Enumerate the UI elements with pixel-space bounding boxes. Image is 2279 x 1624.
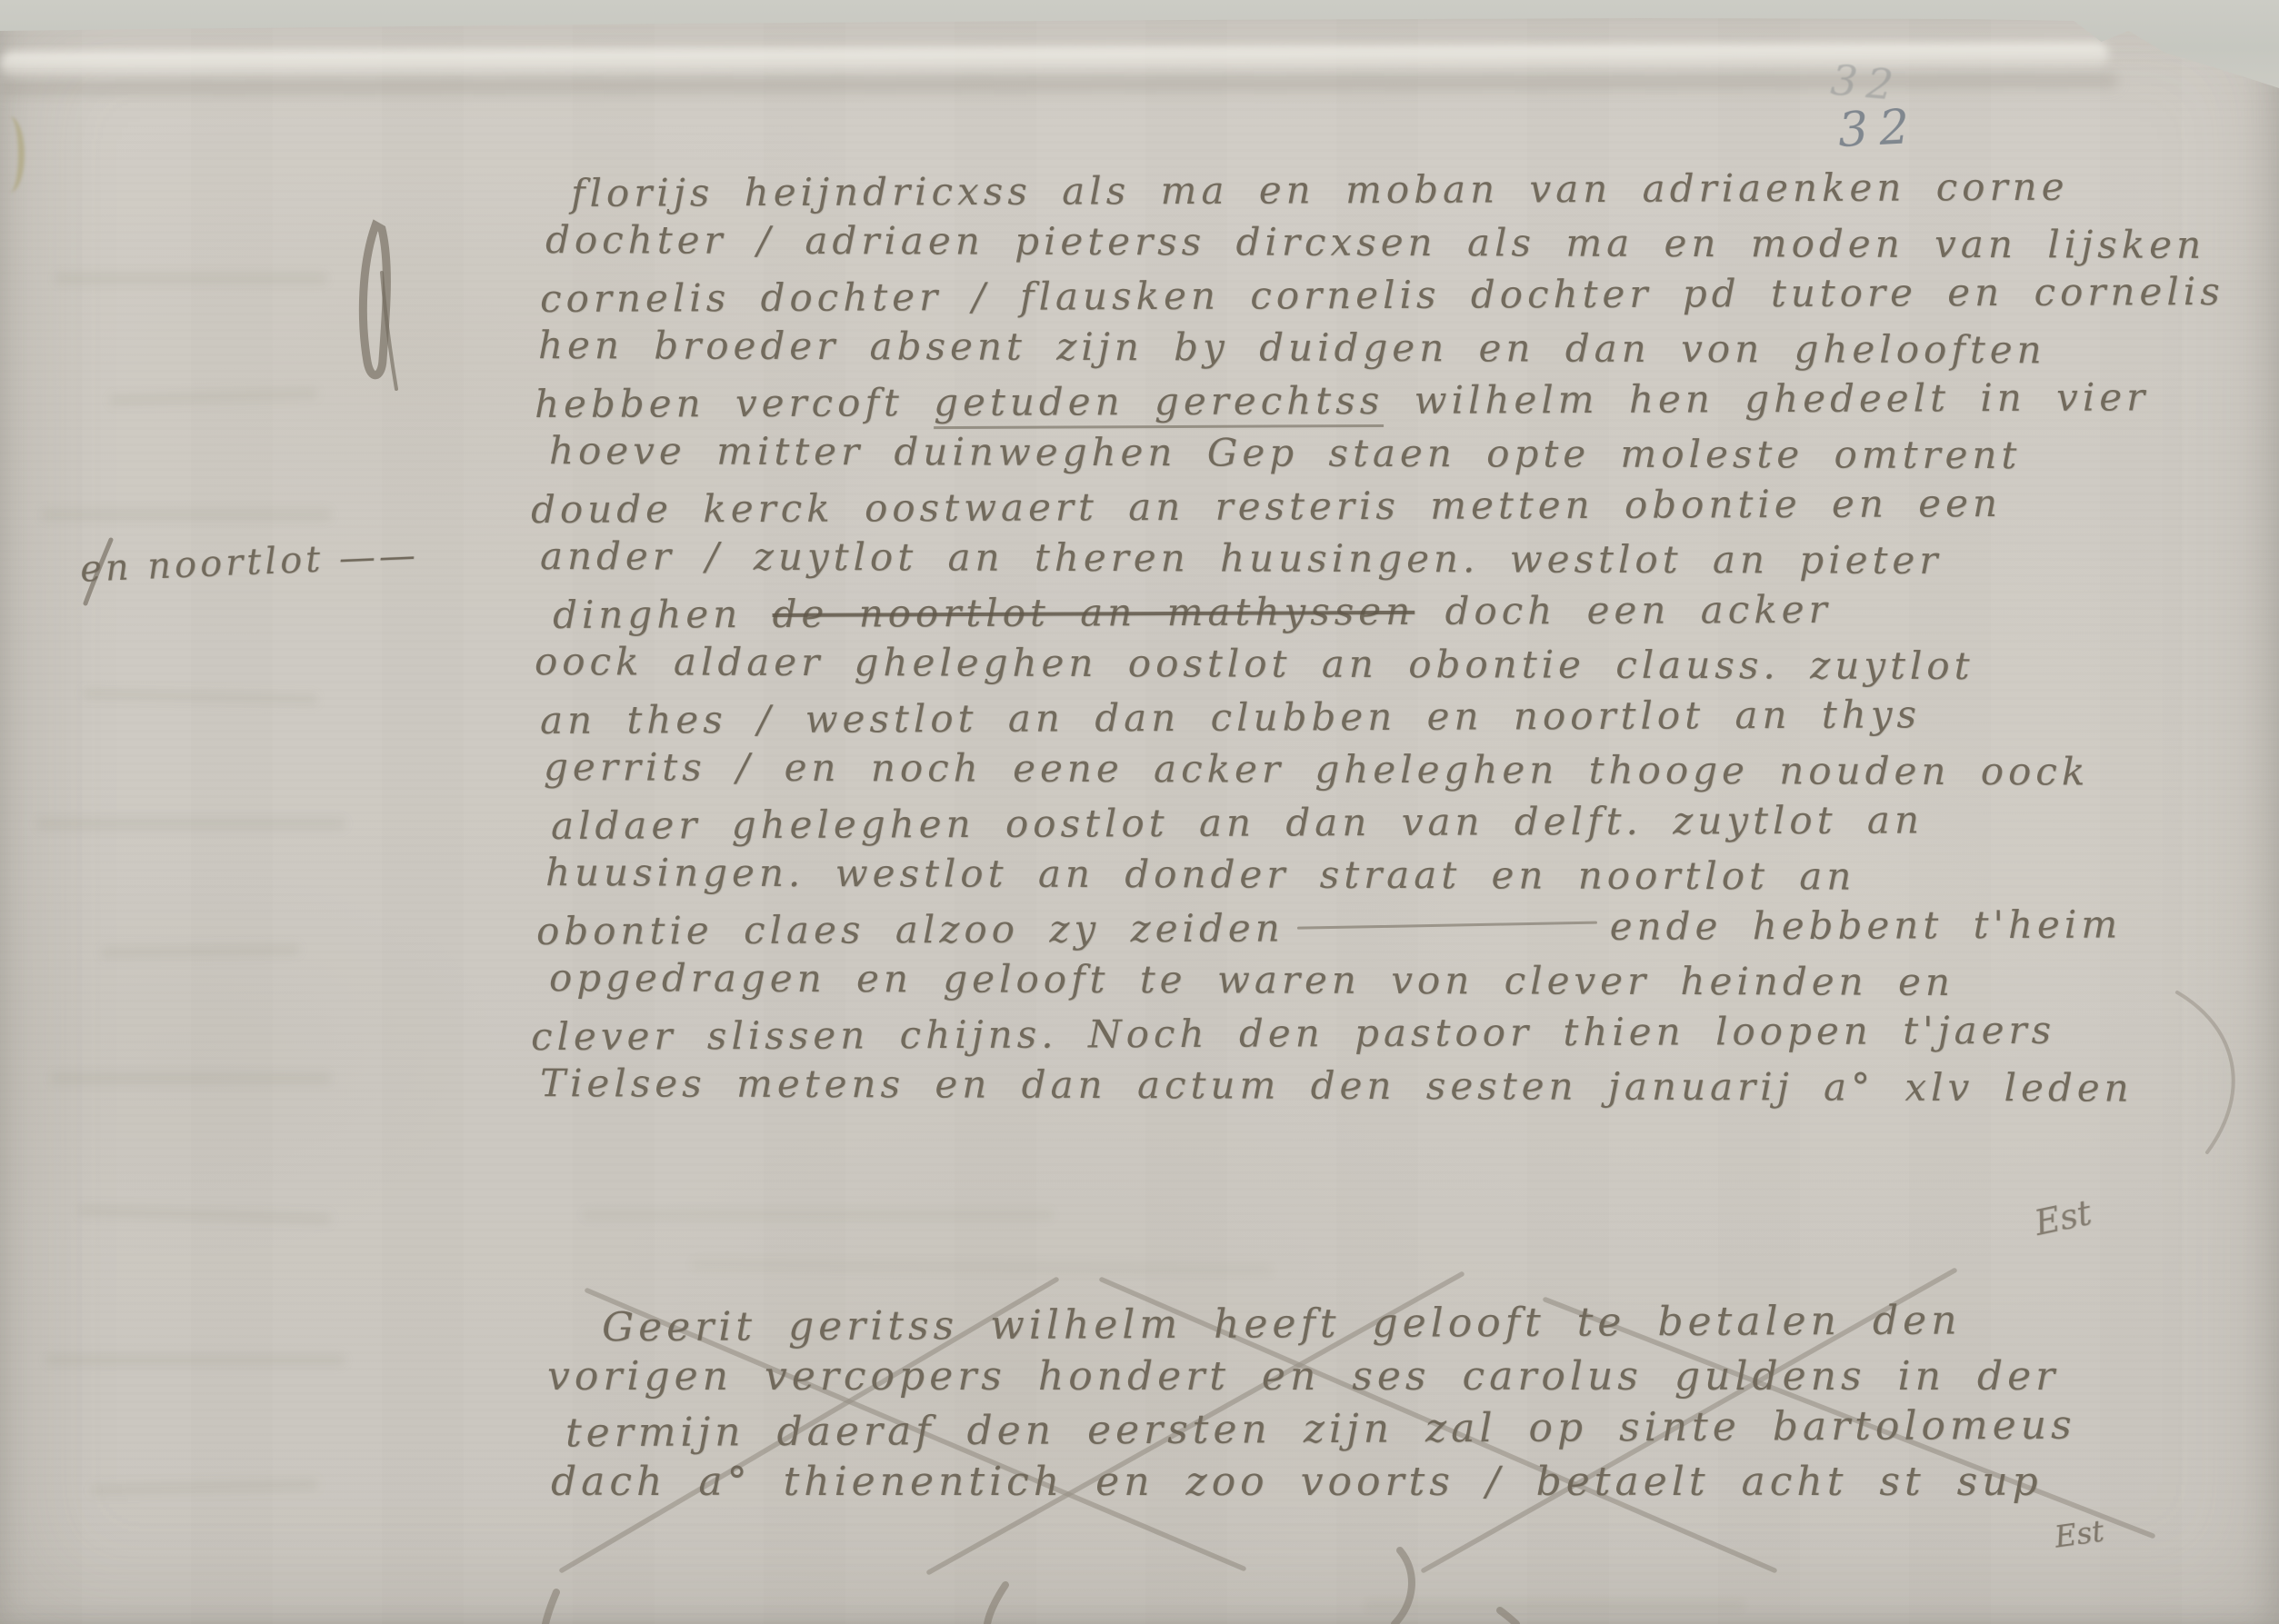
ghost-line: [36, 818, 345, 830]
deckle-edge-highlight: [0, 43, 2109, 75]
line-segment: doch een acker: [1414, 587, 1832, 633]
ghost-line: [100, 943, 300, 959]
line-segment: hebben vercoft: [535, 380, 934, 426]
manuscript-line: opgedragen en gelooft te waren von cleve…: [549, 951, 2224, 1010]
ghost-line: [91, 1479, 318, 1497]
second-entry-paragraph: Geerit geritss wilhelm heeft gelooft te …: [564, 1298, 2076, 1509]
line-segment: obontie claes alzoo zy zeiden: [536, 905, 1284, 953]
ghost-line: [41, 509, 332, 521]
ghost-line: [55, 273, 327, 284]
pen-dash: [1297, 921, 1597, 929]
manuscript-line: an thes / westlot an dan clubben en noor…: [540, 687, 2224, 747]
ghost-line: [691, 1259, 1273, 1277]
bottom-cutoff-strokes: [545, 1550, 1516, 1624]
manuscript-line: aldaer gheleghen oostlot an dan van delf…: [551, 792, 2224, 852]
struck-words: de noortlot an mathyssen: [772, 589, 1414, 636]
ghost-line: [77, 1204, 332, 1225]
ghost-line: [50, 1072, 332, 1084]
manuscript-line: clever slissen chijns. Noch den pastoor …: [531, 1003, 2224, 1063]
manuscript-line: doude kerck oostwaert an resteris metten…: [531, 476, 2224, 536]
est-mark-top: Est: [2031, 1192, 2094, 1243]
est-mark-bottom: Est: [2053, 1512, 2106, 1554]
manuscript-line: hebben vercoft getuden gerechtss wilhelm…: [535, 371, 2224, 431]
folio-number: 32: [1836, 100, 1921, 159]
manuscript-line: ander / zuytlot an theren huusingen. wes…: [540, 530, 2224, 588]
manuscript-line: hoeve mitter duinweghen Gep staen opte m…: [549, 424, 2224, 483]
manuscript-line: Tielses metens en dan actum den sesten j…: [540, 1057, 2224, 1115]
manuscript-line: termijn daeraf den eersten zijn zal op s…: [565, 1400, 2076, 1460]
fold-shadow: [0, 75, 2118, 95]
manuscript-scan: 32 32 en noortlot —— florijs heijndricxs…: [0, 0, 2279, 1624]
manuscript-line: vorigen vercopers hondert en ses carolus…: [547, 1350, 2076, 1403]
line-segment: dinghen: [553, 592, 773, 637]
ghost-line: [45, 1354, 345, 1366]
underlined-word: getuden gerechtss: [934, 378, 1384, 429]
manuscript-line: gerrits / en noch eene acker gheleghen t…: [544, 741, 2224, 799]
manuscript-line: dochter / adriaen pieterss dircxsen als …: [545, 214, 2224, 272]
manuscript-line: obontie claes alzoo zy zeidenende hebben…: [536, 898, 2224, 958]
margin-note: en noortlot ——: [79, 534, 420, 591]
manuscript-line: Geerit geritss wilhelm heeft gelooft te …: [602, 1294, 2076, 1354]
manuscript-line: oock aldaer gheleghen oostlot an obontie…: [535, 635, 2224, 693]
line-segment: ende hebbent t'heim: [1610, 902, 2123, 948]
stain-mark-left: [0, 116, 25, 193]
manuscript-line: cornelis dochter / flausken cornelis doc…: [540, 265, 2224, 325]
ghost-line: [582, 1209, 1055, 1220]
main-deed-paragraph: florijs heijndricxss als ma en moban van…: [545, 164, 2224, 1112]
ghost-line: [1364, 1599, 1745, 1611]
manuscript-line: florijs heijndricxss als ma en moban van…: [571, 160, 2224, 220]
line-segment: wilhelm hen ghedeelt in vier: [1384, 374, 2149, 423]
notarial-paraph-mark: [363, 225, 396, 389]
ghost-line: [82, 688, 318, 706]
manuscript-line: dach a° thienentich en zoo voorts / beta…: [551, 1456, 2076, 1509]
manuscript-line: hen broeder absent zijn by duidgen en da…: [538, 319, 2224, 377]
page-sheet: 32 32 en noortlot —— florijs heijndricxs…: [0, 0, 2279, 1624]
manuscript-line: dinghen de noortlot an mathyssen doch ee…: [553, 582, 2224, 642]
manuscript-line: huusingen. westlot an donder straat en n…: [545, 846, 2224, 904]
ghost-line: [109, 387, 318, 406]
